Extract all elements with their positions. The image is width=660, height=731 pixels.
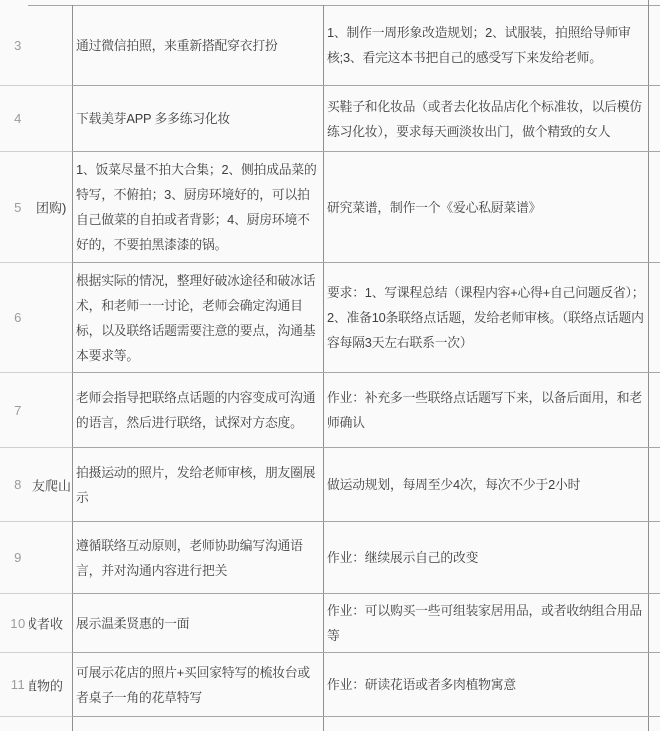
homework-cell: 作业：继续展示自己的改变: [323, 522, 648, 593]
table-row: 4 下载美芽APP 多多练习化妆 买鞋子和化妆品（或者去化妆品店化个标准妆，以后…: [0, 86, 660, 152]
side-label-cell: [29, 263, 72, 372]
task-cell: 可展示花店的照片+买回家特写的梳妆台或者桌子一角的花草特写: [72, 653, 323, 716]
side-label-cell: 友爬山: [29, 448, 72, 521]
table-row: 5 团购) 1、饭菜尽量不拍大合集；2、侧拍成品菜的特写，不俯拍；3、厨房环境好…: [0, 152, 660, 263]
row-number: 5: [14, 200, 22, 215]
homework-text: 作业：继续展示自己的改变: [327, 545, 478, 570]
right-edge-cell: [648, 5, 660, 85]
homework-text: 作业：补充多一些联络点话题写下来，以备后面用，和老师确认: [327, 385, 646, 435]
homework-text: 要求：1、写课程总结（课程内容+心得+自己问题反省）；2、准备10条联络点话题，…: [327, 280, 646, 355]
side-label: 团购): [36, 198, 66, 217]
homework-cell: 研究菜谱，制作一个《爱心私厨菜谱》: [323, 152, 648, 262]
task-text: 1、饭菜尽量不拍大合集；2、侧拍成品菜的特写，不俯拍；3、厨房环境好的，可以拍自…: [76, 157, 321, 257]
table-row: 6 根据实际的情况，整理好破冰途径和破冰话术，和老师一一讨论，老师会确定沟通目标…: [0, 263, 660, 373]
task-cell: 通过微信拍照，来重新搭配穿衣打扮: [72, 5, 323, 85]
row-number: 9: [14, 550, 22, 565]
side-label-cell: 团购): [29, 152, 72, 262]
table-row: 8 友爬山 拍摄运动的照片，发给老师审核，朋友圈展示 做运动规划，每周至少4次，…: [0, 448, 660, 522]
right-edge-cell: [648, 522, 660, 593]
task-text: 通过微信拍照，来重新搭配穿衣打扮: [76, 33, 278, 58]
right-edge-cell: [648, 448, 660, 521]
table-row: [0, 717, 660, 731]
task-table: 3 通过微信拍照，来重新搭配穿衣打扮 1、制作一周形象改造规划；2、试服装，拍照…: [0, 5, 660, 731]
task-cell: 下载美芽APP 多多练习化妆: [72, 86, 323, 151]
task-cell: [72, 717, 323, 731]
homework-cell: 买鞋子和化妆品（或者去化妆品店化个标准妆，以后模仿练习化妆），要求每天画淡妆出门…: [323, 86, 648, 151]
task-text: 可展示花店的照片+买回家特写的梳妆台或者桌子一角的花草特写: [76, 660, 321, 710]
side-label-cell: [29, 373, 72, 447]
task-text: 根据实际的情况，整理好破冰途径和破冰话术，和老师一一讨论，老师会确定沟通目标，以…: [76, 268, 321, 368]
homework-text: 做运动规划，每周至少4次，每次不少于2小时: [327, 472, 580, 497]
homework-cell: [323, 717, 648, 731]
task-cell: 1、饭菜尽量不拍大合集；2、侧拍成品菜的特写，不俯拍；3、厨房环境好的，可以拍自…: [72, 152, 323, 262]
homework-cell: 作业：补充多一些联络点话题写下来，以备后面用，和老师确认: [323, 373, 648, 447]
homework-text: 1、制作一周形象改造规划；2、试服装，拍照给导师审核;3、看完这本书把自己的感受…: [327, 20, 646, 70]
side-label: 友爬山: [32, 475, 71, 494]
task-text: 展示温柔贤惠的一面: [76, 611, 189, 636]
homework-text: 买鞋子和化妆品（或者去化妆品店化个标准妆，以后模仿练习化妆），要求每天画淡妆出门…: [327, 94, 646, 144]
table-row: 10 或者收 展示温柔贤惠的一面 作业：可以购买一些可组装家居用品，或者收纳组合…: [0, 594, 660, 653]
table-row: 11 植物的 可展示花店的照片+买回家特写的梳妆台或者桌子一角的花草特写 作业：…: [0, 653, 660, 717]
right-edge-cell: [648, 653, 660, 716]
task-cell: 拍摄运动的照片，发给老师审核，朋友圈展示: [72, 448, 323, 521]
task-text: 遵循联络互动原则，老师协助编写沟通语言，并对沟通内容进行把关: [76, 533, 321, 583]
side-label-cell: 或者收: [29, 594, 72, 652]
table-row: 3 通过微信拍照，来重新搭配穿衣打扮 1、制作一周形象改造规划；2、试服装，拍照…: [0, 5, 660, 86]
homework-text: 作业：可以购买一些可组装家居用品，或者收纳组合用品等: [327, 598, 646, 648]
side-label-cell: [29, 522, 72, 593]
task-cell: 老师会指导把联络点话题的内容变成可沟通的语言，然后进行联络，试探对方态度。: [72, 373, 323, 447]
side-label-cell: [29, 717, 72, 731]
task-cell: 根据实际的情况，整理好破冰途径和破冰话术，和老师一一讨论，老师会确定沟通目标，以…: [72, 263, 323, 372]
table-row: 9 遵循联络互动原则，老师协助编写沟通语言，并对沟通内容进行把关 作业：继续展示…: [0, 522, 660, 594]
side-label: 植物的: [29, 675, 63, 694]
side-label: 或者收: [29, 614, 63, 633]
homework-cell: 作业：可以购买一些可组装家居用品，或者收纳组合用品等: [323, 594, 648, 652]
homework-cell: 1、制作一周形象改造规划；2、试服装，拍照给导师审核;3、看完这本书把自己的感受…: [323, 5, 648, 85]
task-text: 下载美芽APP 多多练习化妆: [76, 106, 230, 131]
task-cell: 展示温柔贤惠的一面: [72, 594, 323, 652]
homework-text: 研究菜谱，制作一个《爱心私厨菜谱》: [327, 195, 541, 220]
side-label-cell: [29, 5, 72, 85]
table-row: 7 老师会指导把联络点话题的内容变成可沟通的语言，然后进行联络，试探对方态度。 …: [0, 373, 660, 448]
homework-cell: 作业：研读花语或者多肉植物寓意: [323, 653, 648, 716]
right-edge-cell: [648, 594, 660, 652]
row-number: 4: [14, 111, 22, 126]
row-number: 10: [10, 616, 25, 631]
right-edge-cell: [648, 263, 660, 372]
right-edge-cell: [648, 152, 660, 262]
row-number: 11: [11, 677, 26, 692]
task-cell: 遵循联络互动原则，老师协助编写沟通语言，并对沟通内容进行把关: [72, 522, 323, 593]
document-page: 3 通过微信拍照，来重新搭配穿衣打扮 1、制作一周形象改造规划；2、试服装，拍照…: [0, 0, 660, 731]
row-number: 8: [14, 477, 22, 492]
homework-cell: 做运动规划，每周至少4次，每次不少于2小时: [323, 448, 648, 521]
row-number: 7: [14, 403, 22, 418]
right-edge-cell: [648, 717, 660, 731]
side-label-cell: 植物的: [29, 653, 72, 716]
homework-cell: 要求：1、写课程总结（课程内容+心得+自己问题反省）；2、准备10条联络点话题，…: [323, 263, 648, 372]
right-edge-cell: [648, 373, 660, 447]
task-text: 老师会指导把联络点话题的内容变成可沟通的语言，然后进行联络，试探对方态度。: [76, 385, 321, 435]
right-edge-cell: [648, 86, 660, 151]
row-number: 3: [14, 38, 22, 53]
homework-text: 作业：研读花语或者多肉植物寓意: [327, 672, 516, 697]
row-number: 6: [14, 310, 22, 325]
side-label-cell: [29, 86, 72, 151]
task-text: 拍摄运动的照片，发给老师审核，朋友圈展示: [76, 460, 321, 510]
